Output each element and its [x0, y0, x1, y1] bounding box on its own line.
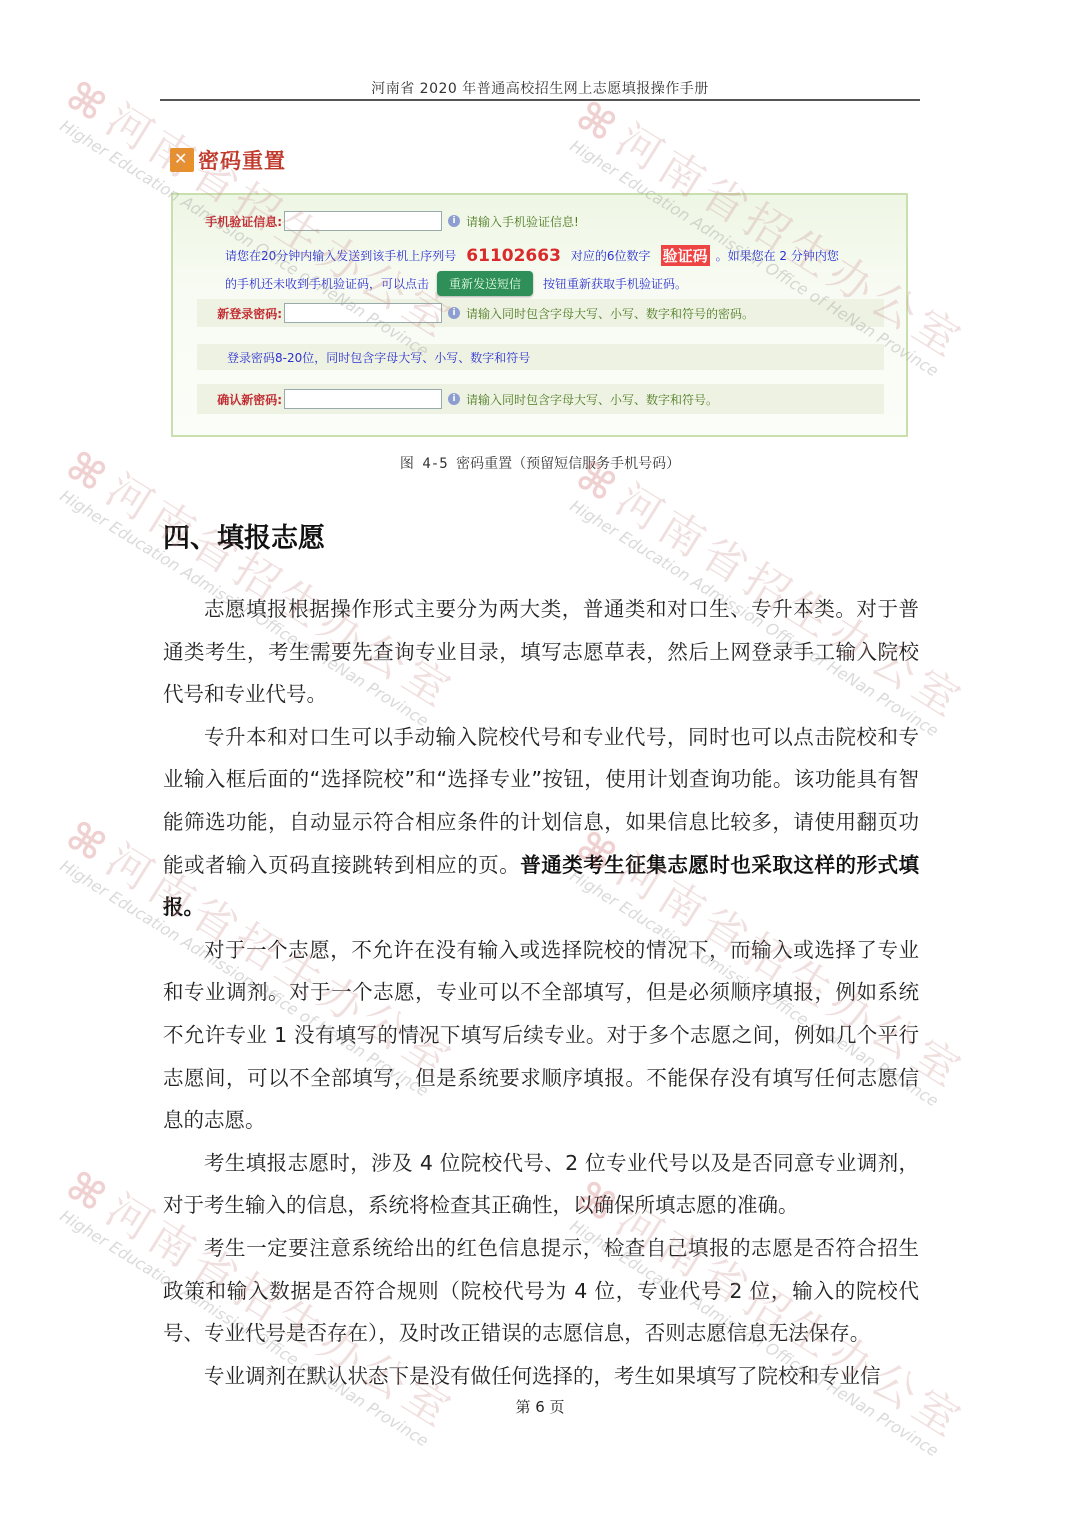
- resend-sms-button[interactable]: 重新发送短信: [437, 271, 533, 296]
- info-icon: i: [448, 215, 460, 227]
- info-icon: i: [448, 307, 460, 319]
- new-password-row: 新登录密码: i 请输入同时包含字母大写、小写、数字和符号的密码。: [197, 299, 884, 327]
- instruction-line-2: 的手机还未收到手机验证码，可以点击 重新发送短信 按钮重新获取手机验证码。: [225, 271, 884, 296]
- paragraph: 考生填报志愿时，涉及 4 位院校代号、2 位专业代号以及是否同意专业调剂，对于考…: [163, 1142, 919, 1227]
- figure-panel-title: 密码重置: [170, 145, 286, 175]
- paragraph: 专升本和对口生可以手动输入院校代号和专业代号，同时也可以点击院校和专业输入框后面…: [163, 716, 919, 929]
- sms-code-input[interactable]: [284, 211, 442, 231]
- puzzle-icon: [170, 148, 194, 172]
- sms-hint: 请输入手机验证信息!: [466, 213, 579, 230]
- instruction-text: 请您在20分钟内输入发送到该手机上序列号: [225, 247, 456, 264]
- instruction-text: 对应的6位数字: [571, 247, 651, 264]
- sms-label: 手机验证信息:: [197, 213, 282, 230]
- watermark-logo-icon: ⌘: [58, 813, 114, 872]
- watermark-logo-icon: ⌘: [568, 93, 624, 152]
- serial-number: 61102663: [466, 246, 561, 266]
- sms-row: 手机验证信息: i 请输入手机验证信息!: [197, 211, 884, 231]
- info-icon: i: [448, 393, 460, 405]
- document-page: 河南省 2020 年普通高校招生网上志愿填报操作手册 密码重置 手机验证信息: …: [0, 0, 1080, 1527]
- header-rule: [160, 99, 920, 101]
- section-heading: 四、填报志愿: [163, 516, 325, 555]
- paragraph: 考生一定要注意系统给出的红色信息提示，检查自己填报的志愿是否符合招生政策和输入数…: [163, 1227, 919, 1355]
- section-body: 志愿填报根据操作形式主要分为两大类，普通类和对口生、专升本类。对于普通类考生，考…: [163, 588, 919, 1397]
- paragraph: 对于一个志愿，不允许在没有输入或选择院校的情况下，而输入或选择了专业和专业调剂。…: [163, 929, 919, 1142]
- page-number: 第 6 页: [160, 1396, 920, 1417]
- instruction-text: 。如果您在 2 分钟内您: [716, 247, 839, 264]
- instruction-text: 按钮重新获取手机验证码。: [543, 275, 687, 292]
- panel-title-text: 密码重置: [198, 145, 286, 175]
- confirm-password-hint: 请输入同时包含字母大写、小写、数字和符号。: [466, 391, 718, 408]
- password-reset-panel: 手机验证信息: i 请输入手机验证信息! 请您在20分钟内输入发送到该手机上序列…: [171, 193, 908, 437]
- new-password-hint: 请输入同时包含字母大写、小写、数字和符号的密码。: [466, 305, 754, 322]
- verification-code-label: 验证码: [661, 245, 710, 266]
- confirm-password-input[interactable]: [284, 389, 442, 409]
- instruction-text: 的手机还未收到手机验证码，可以点击: [225, 275, 429, 292]
- confirm-password-label: 确认新密码:: [197, 391, 282, 408]
- confirm-password-row: 确认新密码: i 请输入同时包含字母大写、小写、数字和符号。: [197, 384, 884, 414]
- figure-caption: 图 4-5 密码重置（预留短信服务手机号码）: [160, 453, 920, 473]
- new-password-input[interactable]: [284, 303, 442, 323]
- new-password-label: 新登录密码:: [197, 305, 282, 322]
- running-header: 河南省 2020 年普通高校招生网上志愿填报操作手册: [160, 78, 920, 98]
- watermark-logo-icon: ⌘: [58, 73, 114, 132]
- instruction-line-1: 请您在20分钟内输入发送到该手机上序列号 61102663 对应的6位数字 验证…: [225, 245, 884, 266]
- paragraph: 专业调剂在默认状态下是没有做任何选择的，考生如果填写了院校和专业信: [163, 1355, 919, 1398]
- password-rule-row: 登录密码8-20位，同时包含字母大写、小写、数字和符号: [197, 344, 884, 370]
- watermark-logo-icon: ⌘: [58, 1163, 114, 1222]
- password-rule-text: 登录密码8-20位，同时包含字母大写、小写、数字和符号: [227, 349, 530, 366]
- paragraph: 志愿填报根据操作形式主要分为两大类，普通类和对口生、专升本类。对于普通类考生，考…: [163, 588, 919, 716]
- watermark-logo-icon: ⌘: [58, 443, 114, 502]
